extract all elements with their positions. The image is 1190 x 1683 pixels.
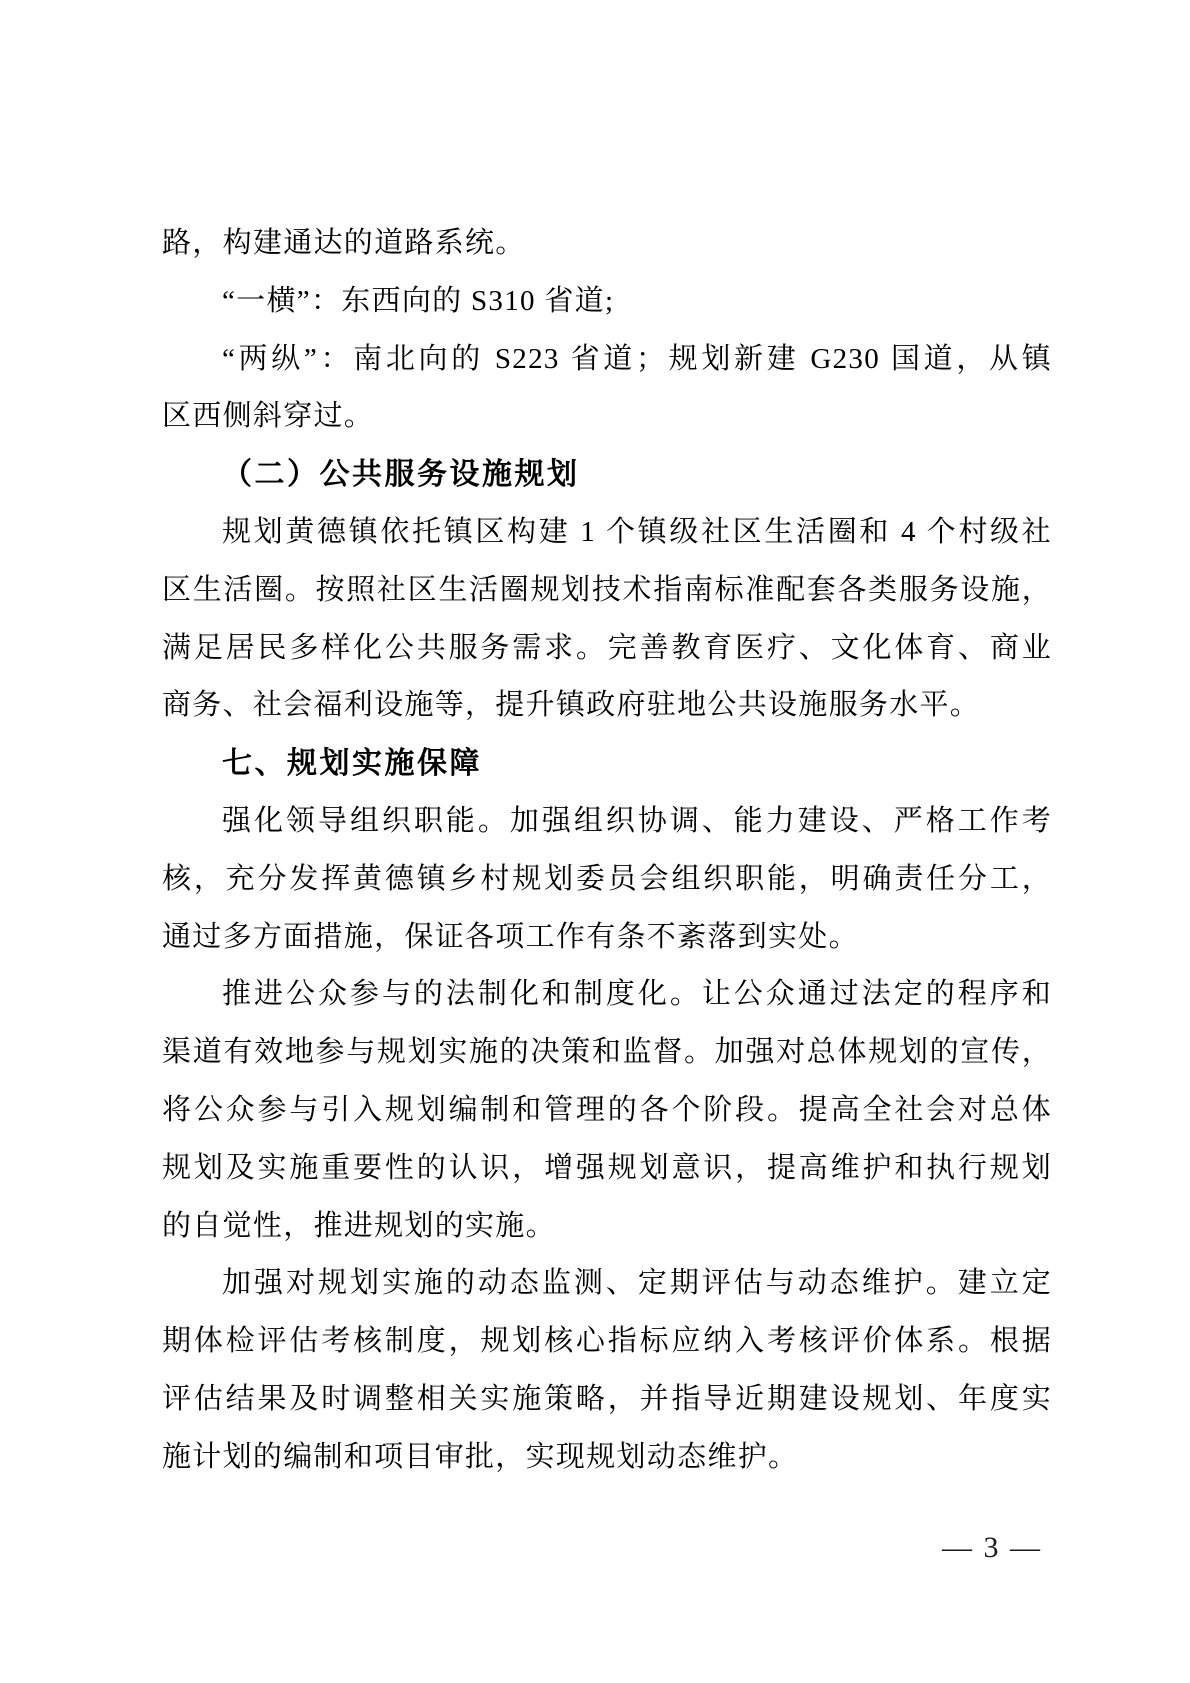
body-line: 核，充分发挥黄德镇乡村规划委员会组织职能，明确责任分工，	[162, 851, 1052, 909]
body-line: 将公众参与引入规划编制和管理的各个阶段。提高全社会对总体	[162, 1082, 1052, 1140]
page-number: — 3 —	[942, 1528, 1042, 1568]
body-line: 推进公众参与的法制化和制度化。让公众通过法定的程序和	[162, 966, 1052, 1024]
body-line: 期体检评估考核制度，规划核心指标应纳入考核评价体系。根据	[162, 1313, 1052, 1371]
body-line: 强化领导组织职能。加强组织协调、能力建设、严格工作考	[162, 793, 1052, 851]
body-line: 规划黄德镇依托镇区构建 1 个镇级社区生活圈和 4 个村级社	[162, 504, 1052, 562]
quote-line-liangzong: “两纵”：南北向的 S223 省道；规划新建 G230 国道，从镇	[162, 331, 1052, 389]
body-line: 渠道有效地参与规划实施的决策和监督。加强对总体规划的宣传，	[162, 1024, 1052, 1082]
body-line: 区生活圈。按照社区生活圈规划技术指南标准配套各类服务设施，	[162, 562, 1052, 620]
section-heading-plan-implementation: 七、规划实施保障	[162, 735, 1052, 793]
quote-line-yiheng: “一横”：东西向的 S310 省道;	[162, 273, 1052, 331]
body-line: 加强对规划实施的动态监测、定期评估与动态维护。建立定	[162, 1255, 1052, 1313]
document-page: 路，构建通达的道路系统。 “一横”：东西向的 S310 省道; “两纵”：南北向…	[0, 0, 1190, 1683]
section-heading-public-service-facilities: （二）公共服务设施规划	[162, 446, 1052, 504]
body-line: 的自觉性，推进规划的实施。	[162, 1198, 1052, 1256]
body-line: 商务、社会福利设施等，提升镇政府驻地公共设施服务水平。	[162, 677, 1052, 735]
body-line: 路，构建通达的道路系统。	[162, 215, 1052, 273]
body-line: 满足居民多样化公共服务需求。完善教育医疗、文化体育、商业	[162, 620, 1052, 678]
body-line: 区西侧斜穿过。	[162, 388, 1052, 446]
body-line: 规划及实施重要性的认识，增强规划意识，提高维护和执行规划	[162, 1140, 1052, 1198]
document-body: 路，构建通达的道路系统。 “一横”：东西向的 S310 省道; “两纵”：南北向…	[162, 215, 1052, 1487]
body-line: 通过多方面措施，保证各项工作有条不紊落到实处。	[162, 909, 1052, 967]
body-line: 评估结果及时调整相关实施策略，并指导近期建设规划、年度实	[162, 1371, 1052, 1429]
body-line: 施计划的编制和项目审批，实现规划动态维护。	[162, 1429, 1052, 1487]
